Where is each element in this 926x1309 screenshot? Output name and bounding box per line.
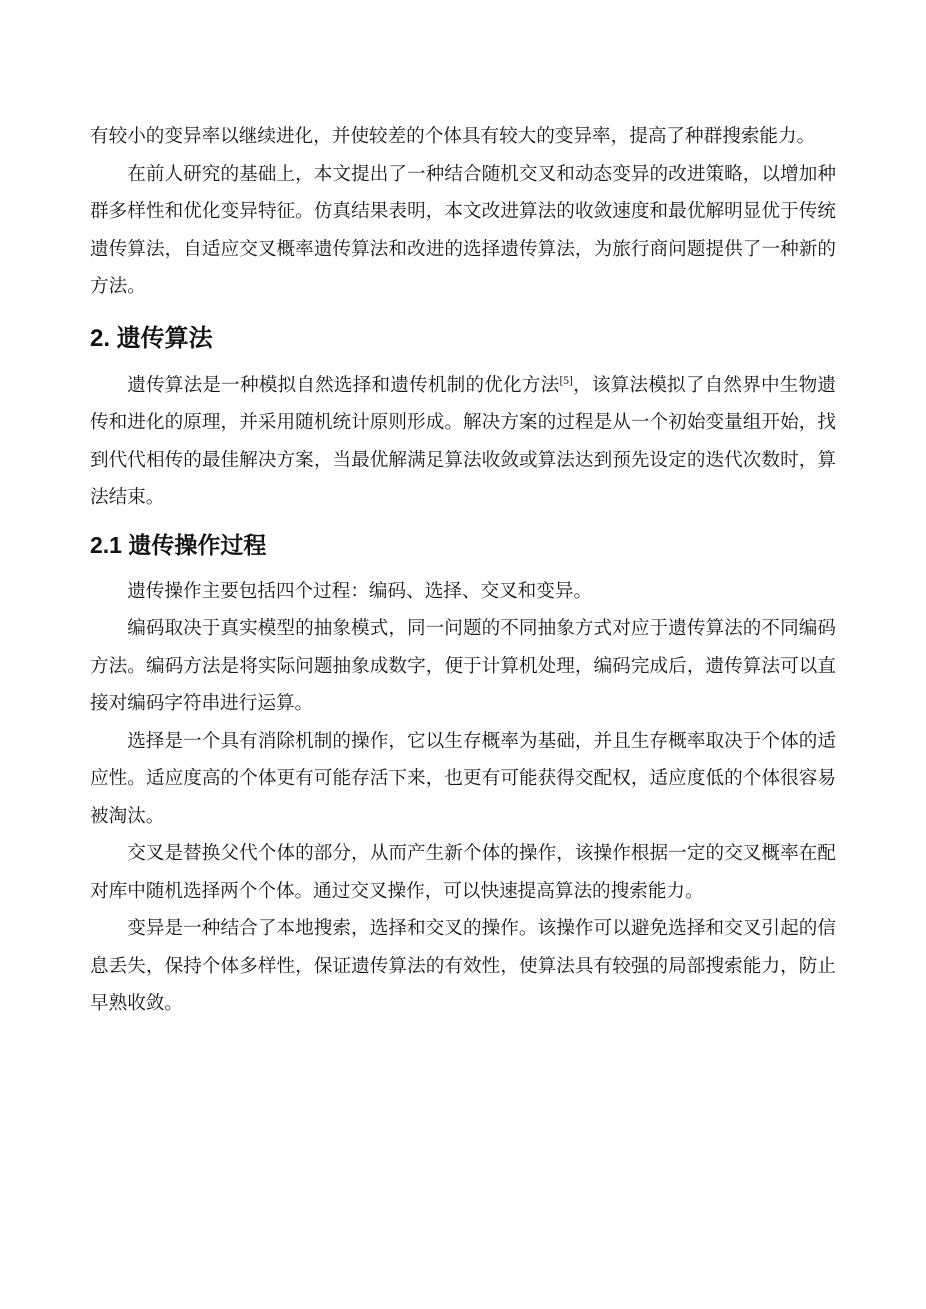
paragraph-encoding: 编码取决于真实模型的抽象模式，同一问题的不同抽象方式对应于遗传算法的不同编码方法… bbox=[90, 610, 836, 723]
paragraph-continuation: 有较小的变异率以继续进化，并使较差的个体具有较大的变异率，提高了种群搜索能力。 bbox=[90, 118, 836, 156]
citation-ref-5: [5] bbox=[559, 374, 572, 386]
document-page: 有较小的变异率以继续进化，并使较差的个体具有较大的变异率，提高了种群搜索能力。 … bbox=[0, 0, 926, 1309]
paragraph-crossover: 交叉是替换父代个体的部分，从而产生新个体的操作，该操作根据一定的交叉概率在配对库… bbox=[90, 835, 836, 910]
paragraph-intro: 在前人研究的基础上，本文提出了一种结合随机交叉和动态变异的改进策略，以增加种群多… bbox=[90, 156, 836, 306]
section-2-1-heading: 2.1 遗传操作过程 bbox=[90, 525, 836, 565]
paragraph-ga-definition: 遗传算法是一种模拟自然选择和遗传机制的优化方法[5]，该算法模拟了自然界中生物遗… bbox=[90, 367, 836, 517]
paragraph-mutation: 变异是一种结合了本地搜索，选择和交叉的操作。该操作可以避免选择和交叉引起的信息丢… bbox=[90, 910, 836, 1023]
ga-definition-text-before-ref: 遗传算法是一种模拟自然选择和遗传机制的优化方法 bbox=[127, 375, 559, 396]
section-2-heading: 2. 遗传算法 bbox=[90, 319, 836, 359]
paragraph-selection: 选择是一个具有消除机制的操作，它以生存概率为基础，并且生存概率取决于个体的适应性… bbox=[90, 723, 836, 836]
document-content: 有较小的变异率以继续进化，并使较差的个体具有较大的变异率，提高了种群搜索能力。 … bbox=[90, 118, 836, 1023]
paragraph-operations-overview: 遗传操作主要包括四个过程：编码、选择、交叉和变异。 bbox=[90, 573, 836, 611]
